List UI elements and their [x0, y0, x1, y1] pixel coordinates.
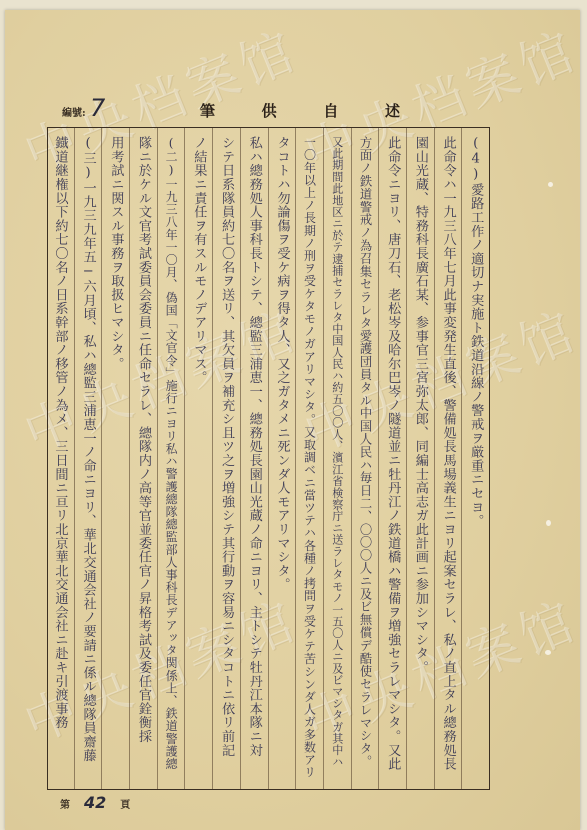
text-column: 鐡道継権以下約七〇名ノ日系幹部ノ移管ノ為メ、三日間ニ亘リ北京華北交通会社ニ赴キ引…	[46, 128, 74, 789]
page-footer: 第 42 頁	[60, 793, 130, 812]
column-text: 隊ニ於ケル文官考試委員会委員ニ任命セラレ、總隊内ノ高等官並委任官ノ昇格考試及委任…	[137, 136, 150, 743]
title-char: 筆	[200, 100, 215, 121]
column-text: 此命令ハ一九三八年七月此事変発生直後、警備処長馬場義生ニヨリ起案セラレ、私ノ直上…	[441, 136, 454, 771]
serial-number-label: 編號:	[62, 104, 86, 119]
title-char: 述	[385, 100, 400, 121]
column-text: 用考試ニ関スル事務ヲ取扱ヒマシタ。	[109, 136, 122, 371]
text-column: ノ結果ニ責任ヲ有スルモノデアリマス。	[184, 128, 212, 789]
column-text: タコトハ勿論傷ヲ受ケ病ヲ得タ人、又之ガタメニ死ンダ人モアリマシタ。	[275, 136, 288, 591]
column-text: 方面ノ鉄道警戒ノ為召集セラレタ愛護団員タル中国人民ハ毎日二、〇〇〇人ニ及ビ無償デ…	[359, 136, 371, 768]
column-text: 又此期間此地区ニ於テ逮捕セラレタ中国人民ハ約五〇〇人、濱江省検察庁ニ送ラレタモノ…	[332, 136, 343, 768]
text-column: 一〇年以上ノ長期ノ刑ヲ受ケタモノガアリマシタ。又取調ベニ當ツテハ各種ノ拷問ヲ受ケ…	[295, 128, 323, 789]
ruled-writing-frame: (4)愛路工作ノ適切ナ実施ト鉄道沿線ノ警戒ヲ厳重ニセヨ。此命令ハ一九三八年七月此…	[47, 127, 490, 790]
text-column: 隊ニ於ケル文官考試委員会委員ニ任命セラレ、總隊内ノ高等官並委任官ノ昇格考試及委任…	[129, 128, 157, 789]
page-title: 筆 供 自 述	[200, 100, 400, 121]
text-column: 用考試ニ関スル事務ヲ取扱ヒマシタ。	[101, 128, 129, 789]
column-text: 私ハ總務処人事科長トシテ、總監三浦恵一、總務処長園山光蔵ノ命ニヨリ、主トシテ牡丹…	[248, 136, 261, 757]
page-prefix: 第	[60, 796, 70, 811]
serial-number-value: 7	[90, 94, 105, 122]
title-char: 供	[262, 100, 277, 121]
text-column: (三)一九三九年五−六月頃、私ハ總監三浦恵一ノ命ニヨリ、華北交通会社ノ要請ニ係ル…	[74, 128, 102, 789]
column-text: (4)愛路工作ノ適切ナ実施ト鉄道沿線ノ警戒ヲ厳重ニセヨ。	[469, 136, 482, 528]
column-text: (二)一九三八年一〇月、偽国「文官令」施行ニヨリ私ハ警護總隊總監部人事科長デアッ…	[165, 136, 177, 770]
text-column: 又此期間此地区ニ於テ逮捕セラレタ中国人民ハ約五〇〇人、濱江省検察庁ニ送ラレタモノ…	[323, 128, 351, 789]
paper-blemish	[546, 520, 551, 526]
text-column: (二)一九三八年一〇月、偽国「文官令」施行ニヨリ私ハ警護總隊總監部人事科長デアッ…	[157, 128, 185, 789]
page-suffix: 頁	[120, 796, 130, 811]
text-column: 園山光蔵、特務科長廣石某、参事官三宮弥太郎、同編士高志ガ此計画ニ参加シマシタ。	[406, 128, 434, 789]
text-column: シテ日系隊員約七〇名ヲ送リ、其欠員ヲ補充シ且ツ之ヲ増強シテ其行動ヲ容易ニシタコト…	[212, 128, 240, 789]
text-column: 此命令ニヨリ、唐刀石、老松岑及哈尔巴岑ノ隧道並ニ牡丹江ノ鉄道橋ハ警備ヲ増強セラレ…	[378, 128, 406, 789]
page-number: 42	[84, 793, 106, 812]
text-column: 私ハ總務処人事科長トシテ、總監三浦恵一、總務処長園山光蔵ノ命ニヨリ、主トシテ牡丹…	[240, 128, 268, 789]
column-text: 一〇年以上ノ長期ノ刑ヲ受ケタモノガアリマシタ。又取調ベニ當ツテハ各種ノ拷問ヲ受ケ…	[304, 136, 316, 779]
text-column: タコトハ勿論傷ヲ受ケ病ヲ得タ人、又之ガタメニ死ンダ人モアリマシタ。	[268, 128, 296, 789]
text-column: 方面ノ鉄道警戒ノ為召集セラレタ愛護団員タル中国人民ハ毎日二、〇〇〇人ニ及ビ無償デ…	[351, 128, 379, 789]
paper-blemish	[548, 182, 553, 187]
column-text: シテ日系隊員約七〇名ヲ送リ、其欠員ヲ補充シ且ツ之ヲ増強シテ其行動ヲ容易ニシタコト…	[220, 136, 233, 757]
column-text: 鐡道継権以下約七〇名ノ日系幹部ノ移管ノ為メ、三日間ニ亘リ北京華北交通会社ニ赴キ引…	[53, 136, 66, 729]
text-column: (4)愛路工作ノ適切ナ実施ト鉄道沿線ノ警戒ヲ厳重ニセヨ。	[461, 128, 489, 789]
paper-blemish	[545, 650, 551, 655]
column-text: (三)一九三九年五−六月頃、私ハ總監三浦恵一ノ命ニヨリ、華北交通会社ノ要請ニ係ル…	[81, 136, 94, 762]
text-column: 此命令ハ一九三八年七月此事変発生直後、警備処長馬場義生ニヨリ起案セラレ、私ノ直上…	[434, 128, 462, 789]
column-text: ノ結果ニ責任ヲ有スルモノデアリマス。	[192, 136, 205, 384]
column-text: 此命令ニヨリ、唐刀石、老松岑及哈尔巴岑ノ隧道並ニ牡丹江ノ鉄道橋ハ警備ヲ増強セラレ…	[386, 136, 399, 771]
title-char: 自	[323, 100, 338, 121]
column-text: 園山光蔵、特務科長廣石某、参事官三宮弥太郎、同編士高志ガ此計画ニ参加シマシタ。	[414, 136, 427, 674]
